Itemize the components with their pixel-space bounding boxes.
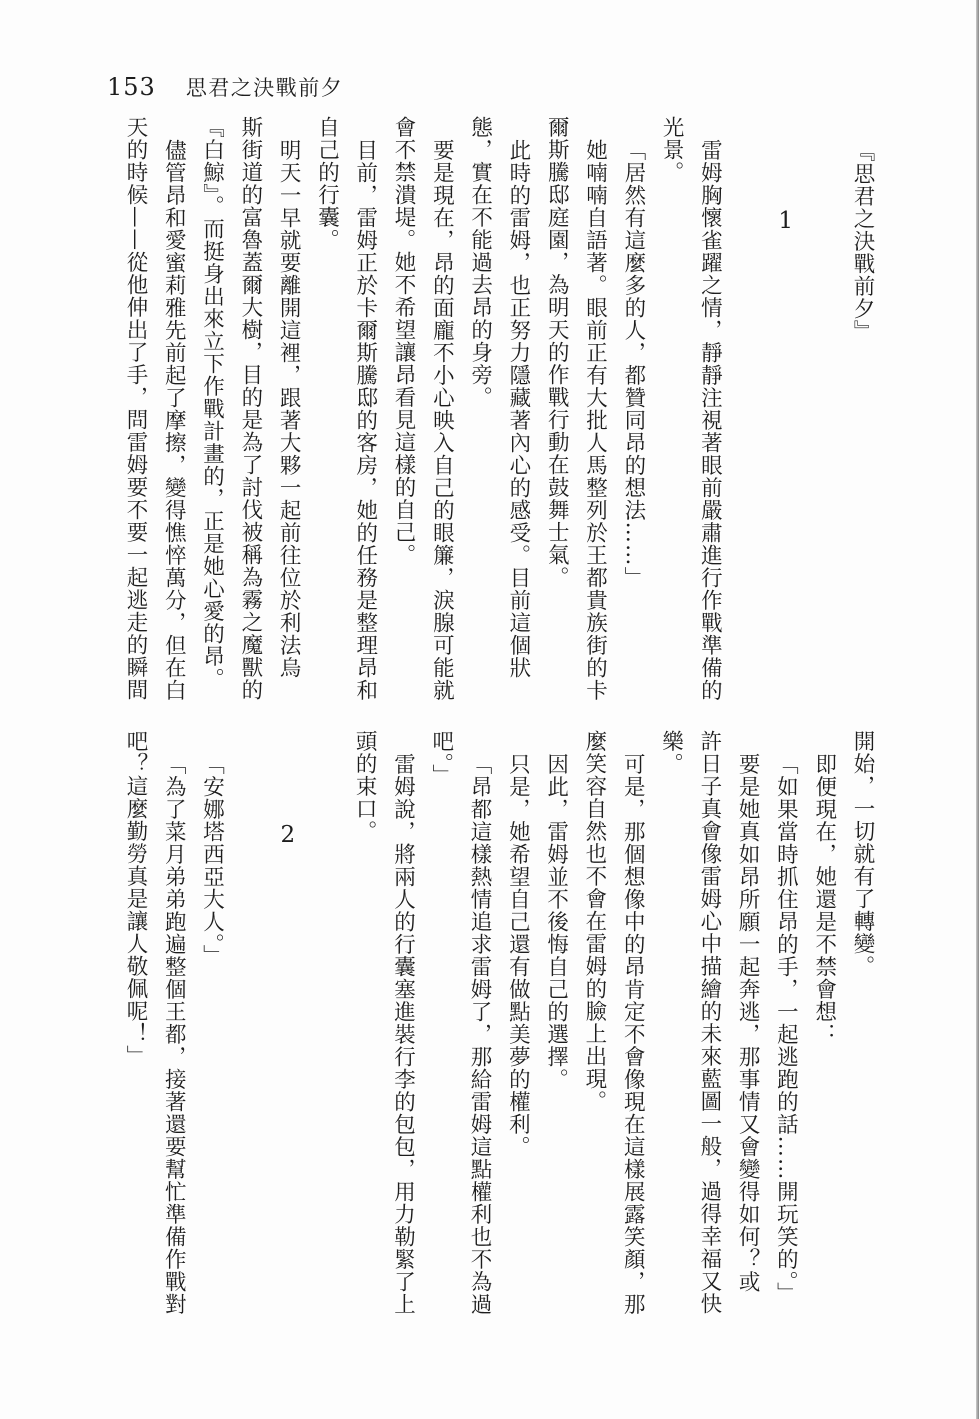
text-line: 只是，她希望自己還有做點美夢的權利。: [498, 730, 536, 1318]
chapter-title: 『思君之決戰前夕』: [843, 116, 881, 704]
text-line: 要是她真如昂所願一起奔逃，那事情又會變得如何？或: [728, 730, 766, 1318]
page-number: 153: [107, 73, 156, 101]
text-line: 光景。: [652, 116, 690, 704]
text-line: 明天一早就要離開這裡，跟著大夥一起前往位於利法烏: [269, 116, 307, 704]
text-line: 儘管昂和愛蜜莉雅先前起了摩擦，變得憔悴萬分，但在白: [154, 116, 192, 704]
text-line: 「昂都這樣熱情追求雷姆了，那給雷姆這點權利也不為過: [460, 730, 498, 1318]
text-block-top: 『思君之決戰前夕』1雷姆胸懷雀躍之情，靜靜注視著眼前嚴肅進行作戰準備的光景。「居…: [116, 116, 881, 704]
text-line: 天的時候——從他伸出了手，問雷姆要不要一起逃走的瞬間: [116, 116, 154, 704]
text-line: 爾斯騰邸庭園，為明天的作戰行動在鼓舞士氣。: [537, 116, 575, 704]
section-number: 2: [269, 730, 307, 1318]
book-page: 153思君之決戰前夕 『思君之決戰前夕』1雷姆胸懷雀躍之情，靜靜注視著眼前嚴肅進…: [0, 0, 980, 1419]
text-line: 可是，那個想像中的昂肯定不會像現在這樣展露笑顏，那: [613, 730, 651, 1318]
text-line: 要是現在，昂的面龐不小心映入自己的眼簾，淚腺可能就: [422, 116, 460, 704]
text-line: 樂。: [651, 730, 689, 1318]
section-number: 1: [766, 116, 804, 704]
text-line: 雷姆胸懷雀躍之情，靜靜注視著眼前嚴肅進行作戰準備的: [690, 116, 728, 704]
running-head: 153思君之決戰前夕: [107, 72, 343, 102]
text-line: 雷姆說，將兩人的行囊塞進裝行李的包包，用力勒緊了上: [383, 730, 421, 1318]
text-line: 即便現在，她還是不禁會想：: [804, 730, 842, 1318]
text-line: 開始，一切就有了轉變。: [843, 730, 881, 1318]
text-line: 吧？這麼勤勞真是讓人敬佩呢！」: [116, 730, 154, 1318]
text-line: 目前，雷姆正於卡爾斯騰邸的客房，她的任務是整理昂和: [345, 116, 383, 704]
text-block-bottom: 開始，一切就有了轉變。即便現在，她還是不禁會想：「如果當時抓住昂的手，一起逃跑的…: [116, 730, 881, 1318]
text-line: 因此，雷姆並不後悔自己的選擇。: [536, 730, 574, 1318]
text-line: 斯街道的富魯蓋爾大樹，目的是為了討伐被稱為霧之魔獸的: [231, 116, 269, 704]
text-line: 她喃喃自語著。眼前正有大批人馬整列於王都貴族街的卡: [575, 116, 613, 704]
text-line: 自己的行囊。: [307, 116, 345, 704]
text-line: 態，實在不能過去昂的身旁。: [460, 116, 498, 704]
text-line: 「安娜塔西亞大人。」: [192, 730, 230, 1318]
text-line: 此時的雷姆，也正努力隱藏著內心的感受。目前這個狀: [499, 116, 537, 704]
text-line: 頭的束口。: [345, 730, 383, 1318]
text-line: 吧。」: [421, 730, 459, 1318]
text-line: 麼笑容自然也不會在雷姆的臉上出現。: [575, 730, 613, 1318]
page-edge-line: [976, 0, 979, 1419]
running-title: 思君之決戰前夕: [186, 76, 344, 100]
text-line: 「如果當時抓住昂的手，一起逃跑的話……開玩笑的。」: [766, 730, 804, 1318]
text-line: 「為了菜月弟弟跑遍整個王都，接著還要幫忙準備作戰對: [154, 730, 192, 1318]
text-line: 會不禁潰堤。她不希望讓昂看見這樣的自己。: [384, 116, 422, 704]
text-line: 許日子真會像雷姆心中描繪的未來藍圖一般，過得幸福又快: [690, 730, 728, 1318]
text-line: 『白鯨』。而挺身出來立下作戰計畫的，正是她心愛的昂。: [192, 116, 230, 704]
text-line: 「居然有這麼多的人，都贊同昂的想法……」: [614, 116, 652, 704]
